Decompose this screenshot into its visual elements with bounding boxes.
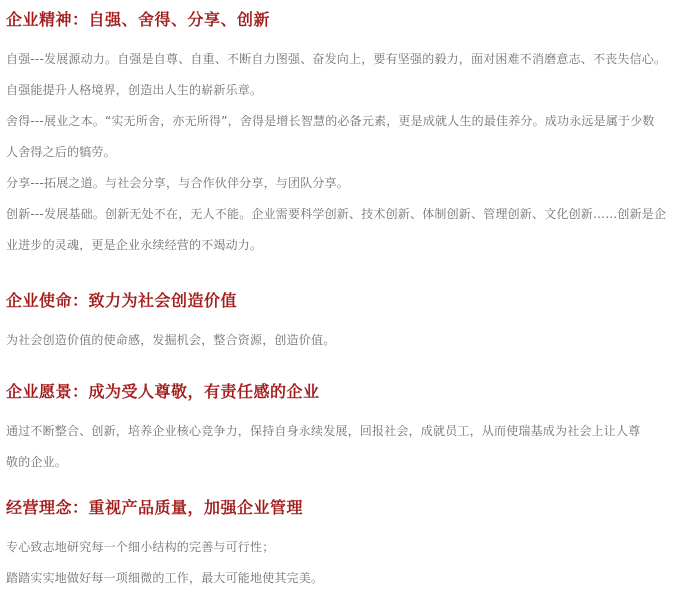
section-enterprise-mission: 企业使命：致力为社会创造价值 为社会创造价值的使命感，发掘机会，整合资源，创造价… — [6, 291, 672, 356]
paragraph-mission: 为社会创造价值的使命感，发掘机会，整合资源，创造价值。 — [6, 325, 672, 356]
paragraph-attention-to-detail: 踏踏实实地做好每一项细微的工作，最大可能地使其完美。 — [6, 563, 672, 593]
paragraph-self-improvement: 自强---发展源动力。自强是自尊、自重、不断自力图强、奋发向上，要有坚强的毅力，… — [6, 44, 672, 106]
section-business-philosophy: 经营理念：重视产品质量，加强企业管理 专心致志地研究每一个细小结构的完善与可行性… — [6, 498, 672, 593]
paragraph-sharing: 分享---拓展之道。与社会分享，与合作伙伴分享，与团队分享。 — [6, 168, 672, 199]
paragraph-innovation: 创新---发展基础。创新无处不在，无人不能。企业需要科学创新、技术创新、体制创新… — [6, 199, 672, 261]
paragraph-willing-to-give: 舍得---展业之本。“实无所舍，亦无所得”，舍得是增长智慧的必备元素，更是成就人… — [6, 106, 672, 168]
section-heading-enterprise-vision: 企业愿景：成为受人尊敬，有责任感的企业 — [6, 382, 672, 402]
section-enterprise-spirit: 企业精神：自强、舍得、分享、创新 自强---发展源动力。自强是自尊、自重、不断自… — [6, 10, 672, 261]
section-enterprise-vision: 企业愿景：成为受人尊敬，有责任感的企业 通过不断整合、创新，培养企业核心竞争力，… — [6, 382, 672, 478]
corporate-culture-page: 企业精神：自强、舍得、分享、创新 自强---发展源动力。自强是自尊、自重、不断自… — [0, 0, 680, 593]
section-heading-enterprise-mission: 企业使命：致力为社会创造价值 — [6, 291, 672, 311]
paragraph-product-quality: 专心致志地研究每一个细小结构的完善与可行性； — [6, 532, 672, 563]
paragraph-vision: 通过不断整合、创新，培养企业核心竞争力，保持自身永续发展，回报社会，成就员工，从… — [6, 416, 672, 478]
section-heading-business-philosophy: 经营理念：重视产品质量，加强企业管理 — [6, 498, 672, 518]
section-heading-enterprise-spirit: 企业精神：自强、舍得、分享、创新 — [6, 10, 672, 30]
